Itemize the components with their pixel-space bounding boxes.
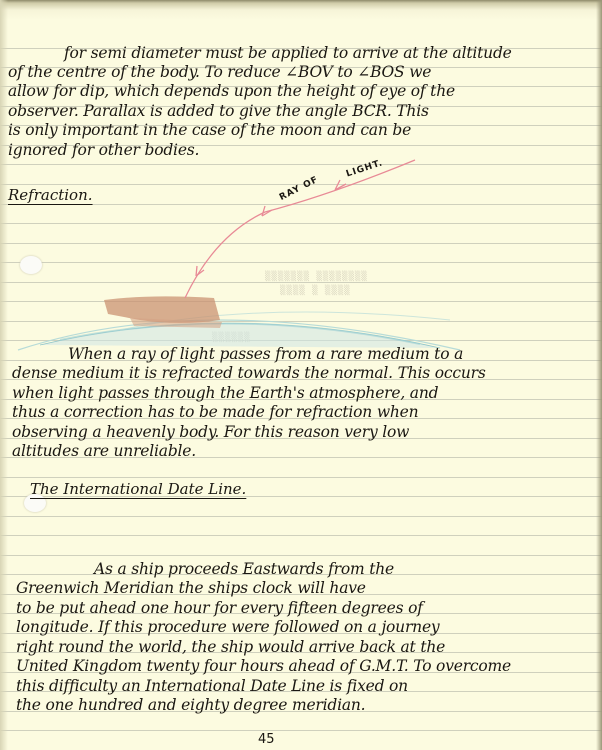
text-line: when light passes through the Earth's at… [12, 384, 602, 402]
text-line: observing a heavenly body. For this reas… [12, 423, 602, 441]
notebook-page: ▒▒▒▒▒▒▒ ▒▒▒▒▒▒▒▒ ▒▒▒▒ ▒ ▒▒▒▒ ▒▒▒▒▒▒ for … [0, 0, 602, 750]
text-line: the one hundred and eighty degree meridi… [16, 696, 602, 714]
ray-of-light-arrow [185, 160, 415, 298]
text-line: ignored for other bodies. [8, 141, 602, 159]
earth-land [104, 296, 222, 328]
text-line: for semi diameter must be applied to arr… [64, 44, 602, 62]
text-line: Greenwich Meridian the ships clock will … [16, 579, 602, 597]
section-heading-refraction: Refraction. [8, 186, 93, 204]
text-line: longitude. If this procedure were follow… [16, 618, 602, 636]
text-line: altitudes are unreliable. [12, 442, 602, 460]
text-line: this difficulty an International Date Li… [16, 677, 602, 695]
page-number: 45 [258, 732, 275, 747]
text-line: right round the world, the ship would ar… [16, 638, 602, 656]
text-line: dense medium it is refracted towards the… [12, 364, 602, 382]
text-line: thus a correction has to be made for ref… [12, 403, 602, 421]
text-line: allow for dip, which depends upon the he… [8, 82, 602, 100]
section-heading-date-line: The International Date Line. [30, 480, 246, 498]
text-line: United Kingdom twenty four hours ahead o… [16, 657, 602, 675]
text-line: is only important in the case of the moo… [8, 121, 602, 139]
text-line: As a ship proceeds Eastwards from the [94, 560, 602, 578]
text-line: of the centre of the body. To reduce ∠BO… [8, 63, 602, 81]
text-line: observer. Parallax is added to give the … [8, 102, 602, 120]
text-line: to be put ahead one hour for every fifte… [16, 599, 602, 617]
text-line: When a ray of light passes from a rare m… [68, 345, 602, 363]
